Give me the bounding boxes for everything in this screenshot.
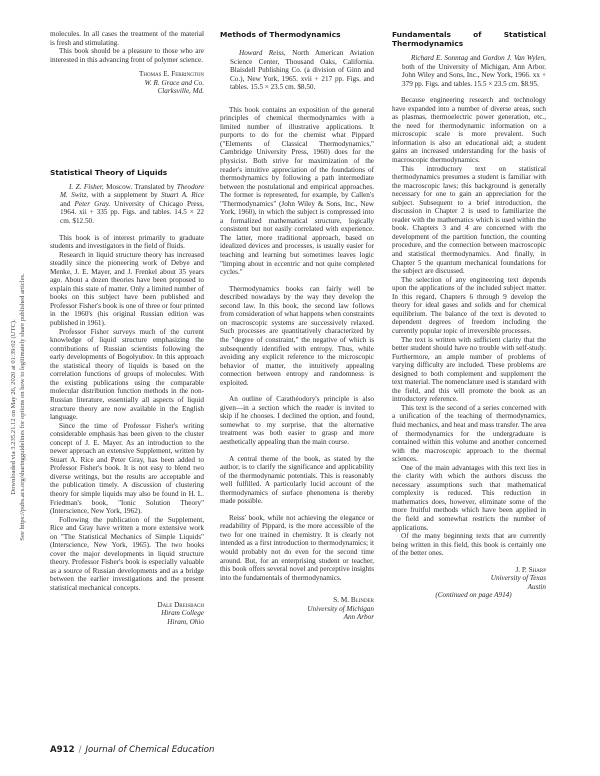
review-signature: Dale Dreisbach Hiram College Hiram, Ohio — [50, 601, 204, 627]
review-title: Statistical Theory of Liquids — [50, 168, 204, 177]
author-name: Gordon J. Van Wylen, — [483, 54, 546, 62]
review-title: Methods of Thermodynamics — [220, 30, 374, 39]
citation-text: and — [468, 54, 483, 62]
download-notice-line2: See https://pubs.acs.org/sharingguidelin… — [18, 217, 27, 597]
reviewer-affiliation: University of Texas — [392, 574, 546, 583]
review-paragraph: Following the publication of the Supplem… — [50, 516, 204, 593]
book-citation: Howard Reiss, North American Aviation Sc… — [220, 49, 374, 92]
review-paragraph: Professor Fisher surveys much of the cur… — [50, 328, 204, 422]
book-citation: Richard E. Sonntag and Gordon J. Van Wyl… — [392, 54, 546, 88]
reviewer-name: Thomas E. Ferrington — [50, 70, 204, 79]
author-name: Richard E. Sonntag — [411, 54, 468, 62]
column-2: Methods of Thermodynamics Howard Reiss, … — [220, 0, 374, 622]
column-1: molecules. In all cases the treatment of… — [50, 0, 204, 626]
reviewer-affiliation: W. R. Grace and Co. — [50, 79, 204, 88]
review-paragraph: Research in liquid structure theory has … — [50, 251, 204, 328]
author-name: Howard Reiss, — [239, 49, 286, 57]
review-paragraph: Because engineering research and technol… — [392, 96, 546, 164]
author-name: I. Z. Fisher, — [69, 183, 104, 191]
citation-details: both of the University of Michigan, Ann … — [402, 63, 546, 88]
review-paragraph: Reiss' book, while not achieving the ele… — [220, 514, 374, 582]
journal-name: Journal of Chemical Education — [86, 745, 215, 755]
citation-text: with a supplement by — [88, 191, 161, 199]
review-paragraph: This introductory text on statistical th… — [392, 165, 546, 276]
citation-text: and — [60, 200, 74, 208]
review-paragraph: This book contains an exposition of the … — [220, 106, 374, 277]
carryover-signature: Thomas E. Ferrington W. R. Grace and Co.… — [50, 70, 204, 96]
review-paragraph: This text is the second of a series conc… — [392, 404, 546, 464]
continued-notice: (Continued on page A914) — [392, 591, 546, 600]
download-notice: Downloaded via 3.235.21.12 on May 26, 20… — [9, 217, 27, 597]
supplement-author: Peter Gray. — [74, 200, 110, 208]
reviewer-affiliation: University of Michigan — [220, 605, 374, 614]
footer-separator: / — [79, 745, 82, 755]
column-3: Fundamentals of Statistical Thermodynami… — [392, 0, 546, 600]
page-footer: A912/Journal of Chemical Education — [50, 745, 215, 755]
reviewer-name: J. P. Sharp — [392, 566, 546, 575]
review-paragraph: Of the many beginning texts that are cur… — [392, 532, 546, 558]
review-signature: J. P. Sharp University of Texas Austin — [392, 566, 546, 592]
reviewer-name: S. M. Blinder — [220, 596, 374, 605]
download-notice-line1: Downloaded via 3.235.21.12 on May 26, 20… — [9, 217, 18, 597]
author-location: Moscow. Translated by — [104, 183, 177, 191]
carryover-paragraph: molecules. In all cases the treatment of… — [50, 30, 204, 47]
reviewer-location: Austin — [392, 583, 546, 592]
review-paragraph: The text is written with sufficient clar… — [392, 336, 546, 404]
reviewer-affiliation: Hiram College — [50, 609, 204, 618]
review-signature: S. M. Blinder University of Michigan Ann… — [220, 596, 374, 622]
page-number: A912 — [50, 745, 75, 755]
reviewer-location: Hiram, Ohio — [50, 618, 204, 627]
review-title: Fundamentals of Statistical Thermodynami… — [392, 30, 546, 48]
reviewer-location: Clarksville, Md. — [50, 87, 204, 96]
review-paragraph: This book is of interest primarily to gr… — [50, 234, 204, 251]
reviewer-name: Dale Dreisbach — [50, 601, 204, 610]
book-citation: I. Z. Fisher, Moscow. Translated by Theo… — [50, 183, 204, 226]
supplement-author: Stuart A. Rice — [161, 191, 204, 199]
review-paragraph: A central theme of the book, as stated b… — [220, 455, 374, 506]
review-paragraph: An outline of Carathéodory's principle i… — [220, 395, 374, 446]
review-paragraph: Since the time of Professor Fisher's wri… — [50, 422, 204, 516]
review-paragraph: Thermodynamics books can fairly well be … — [220, 285, 374, 388]
carryover-paragraph: This book should be a pleasure to those … — [50, 47, 204, 64]
reviewer-location: Ann Arbor — [220, 613, 374, 622]
review-paragraph: The selection of any engineering text de… — [392, 276, 546, 336]
review-paragraph: One of the main advantages with this tex… — [392, 464, 546, 532]
